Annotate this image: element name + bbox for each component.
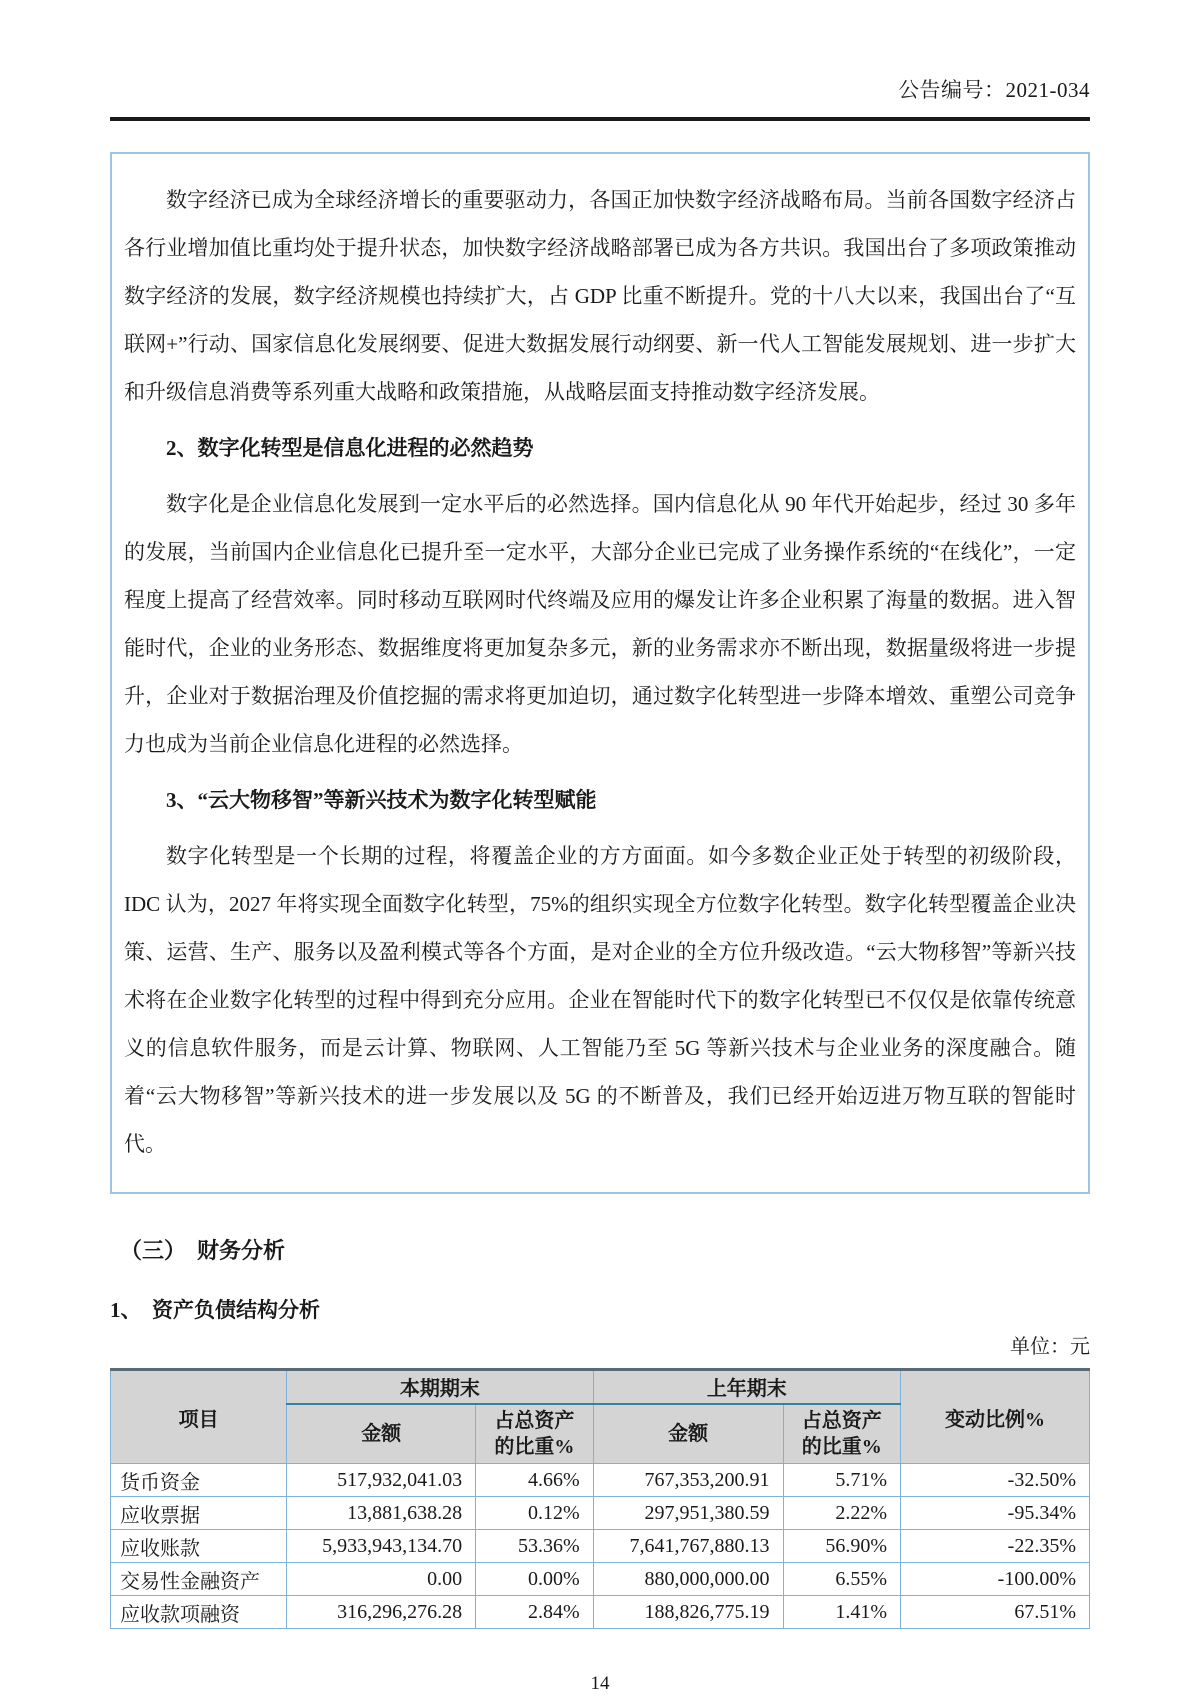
paragraph-digital-economy: 数字经济已成为全球经济增长的重要驱动力，各国正加快数字经济战略布局。当前各国数字… [124,176,1076,416]
unit-label: 单位：元 [110,1334,1090,1360]
cell-change-ratio: -95.34% [901,1497,1090,1530]
cell-change-ratio: -100.00% [901,1563,1090,1596]
table-row-accounts-receivable: 应收账款 5,933,943,134.70 53.36% 7,641,767,8… [111,1530,1090,1563]
cell-current-pct: 0.12% [476,1497,593,1530]
col-header-change-ratio: 变动比例% [901,1370,1090,1464]
subsection-heading-balance-sheet-analysis: 1、 资产负债结构分析 [110,1296,1090,1324]
col-header-amount-current: 金额 [287,1404,476,1464]
content-box: 数字经济已成为全球经济增长的重要驱动力，各国正加快数字经济战略布局。当前各国数字… [110,152,1090,1194]
cell-prior-amount: 767,353,200.91 [593,1464,783,1497]
table-row-trading-financial-assets: 交易性金融资产 0.00 0.00% 880,000,000.00 6.55% … [111,1563,1090,1596]
heading-emerging-tech: 3、“云大物移智”等新兴技术为数字化转型赋能 [124,776,1076,824]
cell-current-pct: 0.00% [476,1563,593,1596]
col-header-prior-period: 上年期末 [593,1370,900,1404]
cell-prior-amount: 297,951,380.59 [593,1497,783,1530]
document-page: 公告编号：2021-034 数字经济已成为全球经济增长的重要驱动力，各国正加快数… [0,0,1200,1697]
cell-current-amount: 517,932,041.03 [287,1464,476,1497]
col-header-current-period: 本期期末 [287,1370,593,1404]
table-row-monetary-funds: 货币资金 517,932,041.03 4.66% 767,353,200.91… [111,1464,1090,1497]
cell-item: 应收账款 [111,1530,287,1563]
col-header-pct-prior: 占总资产 的比重% [783,1404,900,1464]
cell-item: 应收票据 [111,1497,287,1530]
paragraph-digital-transformation: 数字化是企业信息化发展到一定水平后的必然选择。国内信息化从 90 年代开始起步，… [124,480,1076,768]
cell-current-amount: 0.00 [287,1563,476,1596]
cell-current-pct: 53.36% [476,1530,593,1563]
cell-prior-pct: 6.55% [783,1563,900,1596]
paragraph-emerging-tech: 数字化转型是一个长期的过程，将覆盖企业的方方面面。如今多数企业正处于转型的初级阶… [124,832,1076,1168]
cell-item: 货币资金 [111,1464,287,1497]
cell-current-pct: 4.66% [476,1464,593,1497]
col-header-amount-prior: 金额 [593,1404,783,1464]
cell-prior-amount: 7,641,767,880.13 [593,1530,783,1563]
cell-current-amount: 5,933,943,134.70 [287,1530,476,1563]
cell-change-ratio: 67.51% [901,1596,1090,1629]
cell-item: 交易性金融资产 [111,1563,287,1596]
table-row-receivables-financing: 应收款项融资 316,296,276.28 2.84% 188,826,775.… [111,1596,1090,1629]
table-header-row-groups: 项目 本期期末 上年期末 变动比例% [111,1370,1090,1404]
col-header-item: 项目 [111,1370,287,1464]
cell-prior-amount: 188,826,775.19 [593,1596,783,1629]
cell-prior-pct: 1.41% [783,1596,900,1629]
cell-prior-pct: 2.22% [783,1497,900,1530]
cell-change-ratio: -22.35% [901,1530,1090,1563]
announcement-number: 公告编号：2021-034 [898,78,1090,102]
cell-prior-pct: 56.90% [783,1530,900,1563]
table-row-notes-receivable: 应收票据 13,881,638.28 0.12% 297,951,380.59 … [111,1497,1090,1530]
cell-current-amount: 13,881,638.28 [287,1497,476,1530]
cell-prior-amount: 880,000,000.00 [593,1563,783,1596]
heading-digital-transformation-trend: 2、数字化转型是信息化进程的必然趋势 [124,424,1076,472]
doc-header: 公告编号：2021-034 [110,0,1090,104]
section-heading-financial-analysis: （三） 财务分析 [110,1236,1090,1266]
cell-prior-pct: 5.71% [783,1464,900,1497]
cell-current-amount: 316,296,276.28 [287,1596,476,1629]
col-header-pct-current: 占总资产 的比重% [476,1404,593,1464]
cell-change-ratio: -32.50% [901,1464,1090,1497]
cell-item: 应收款项融资 [111,1596,287,1629]
balance-sheet-table: 项目 本期期末 上年期末 变动比例% 金额 占总资产 的比重% 金额 占总资产 … [110,1368,1090,1629]
header-rule [110,117,1090,121]
page-number: 14 [110,1673,1090,1695]
cell-current-pct: 2.84% [476,1596,593,1629]
